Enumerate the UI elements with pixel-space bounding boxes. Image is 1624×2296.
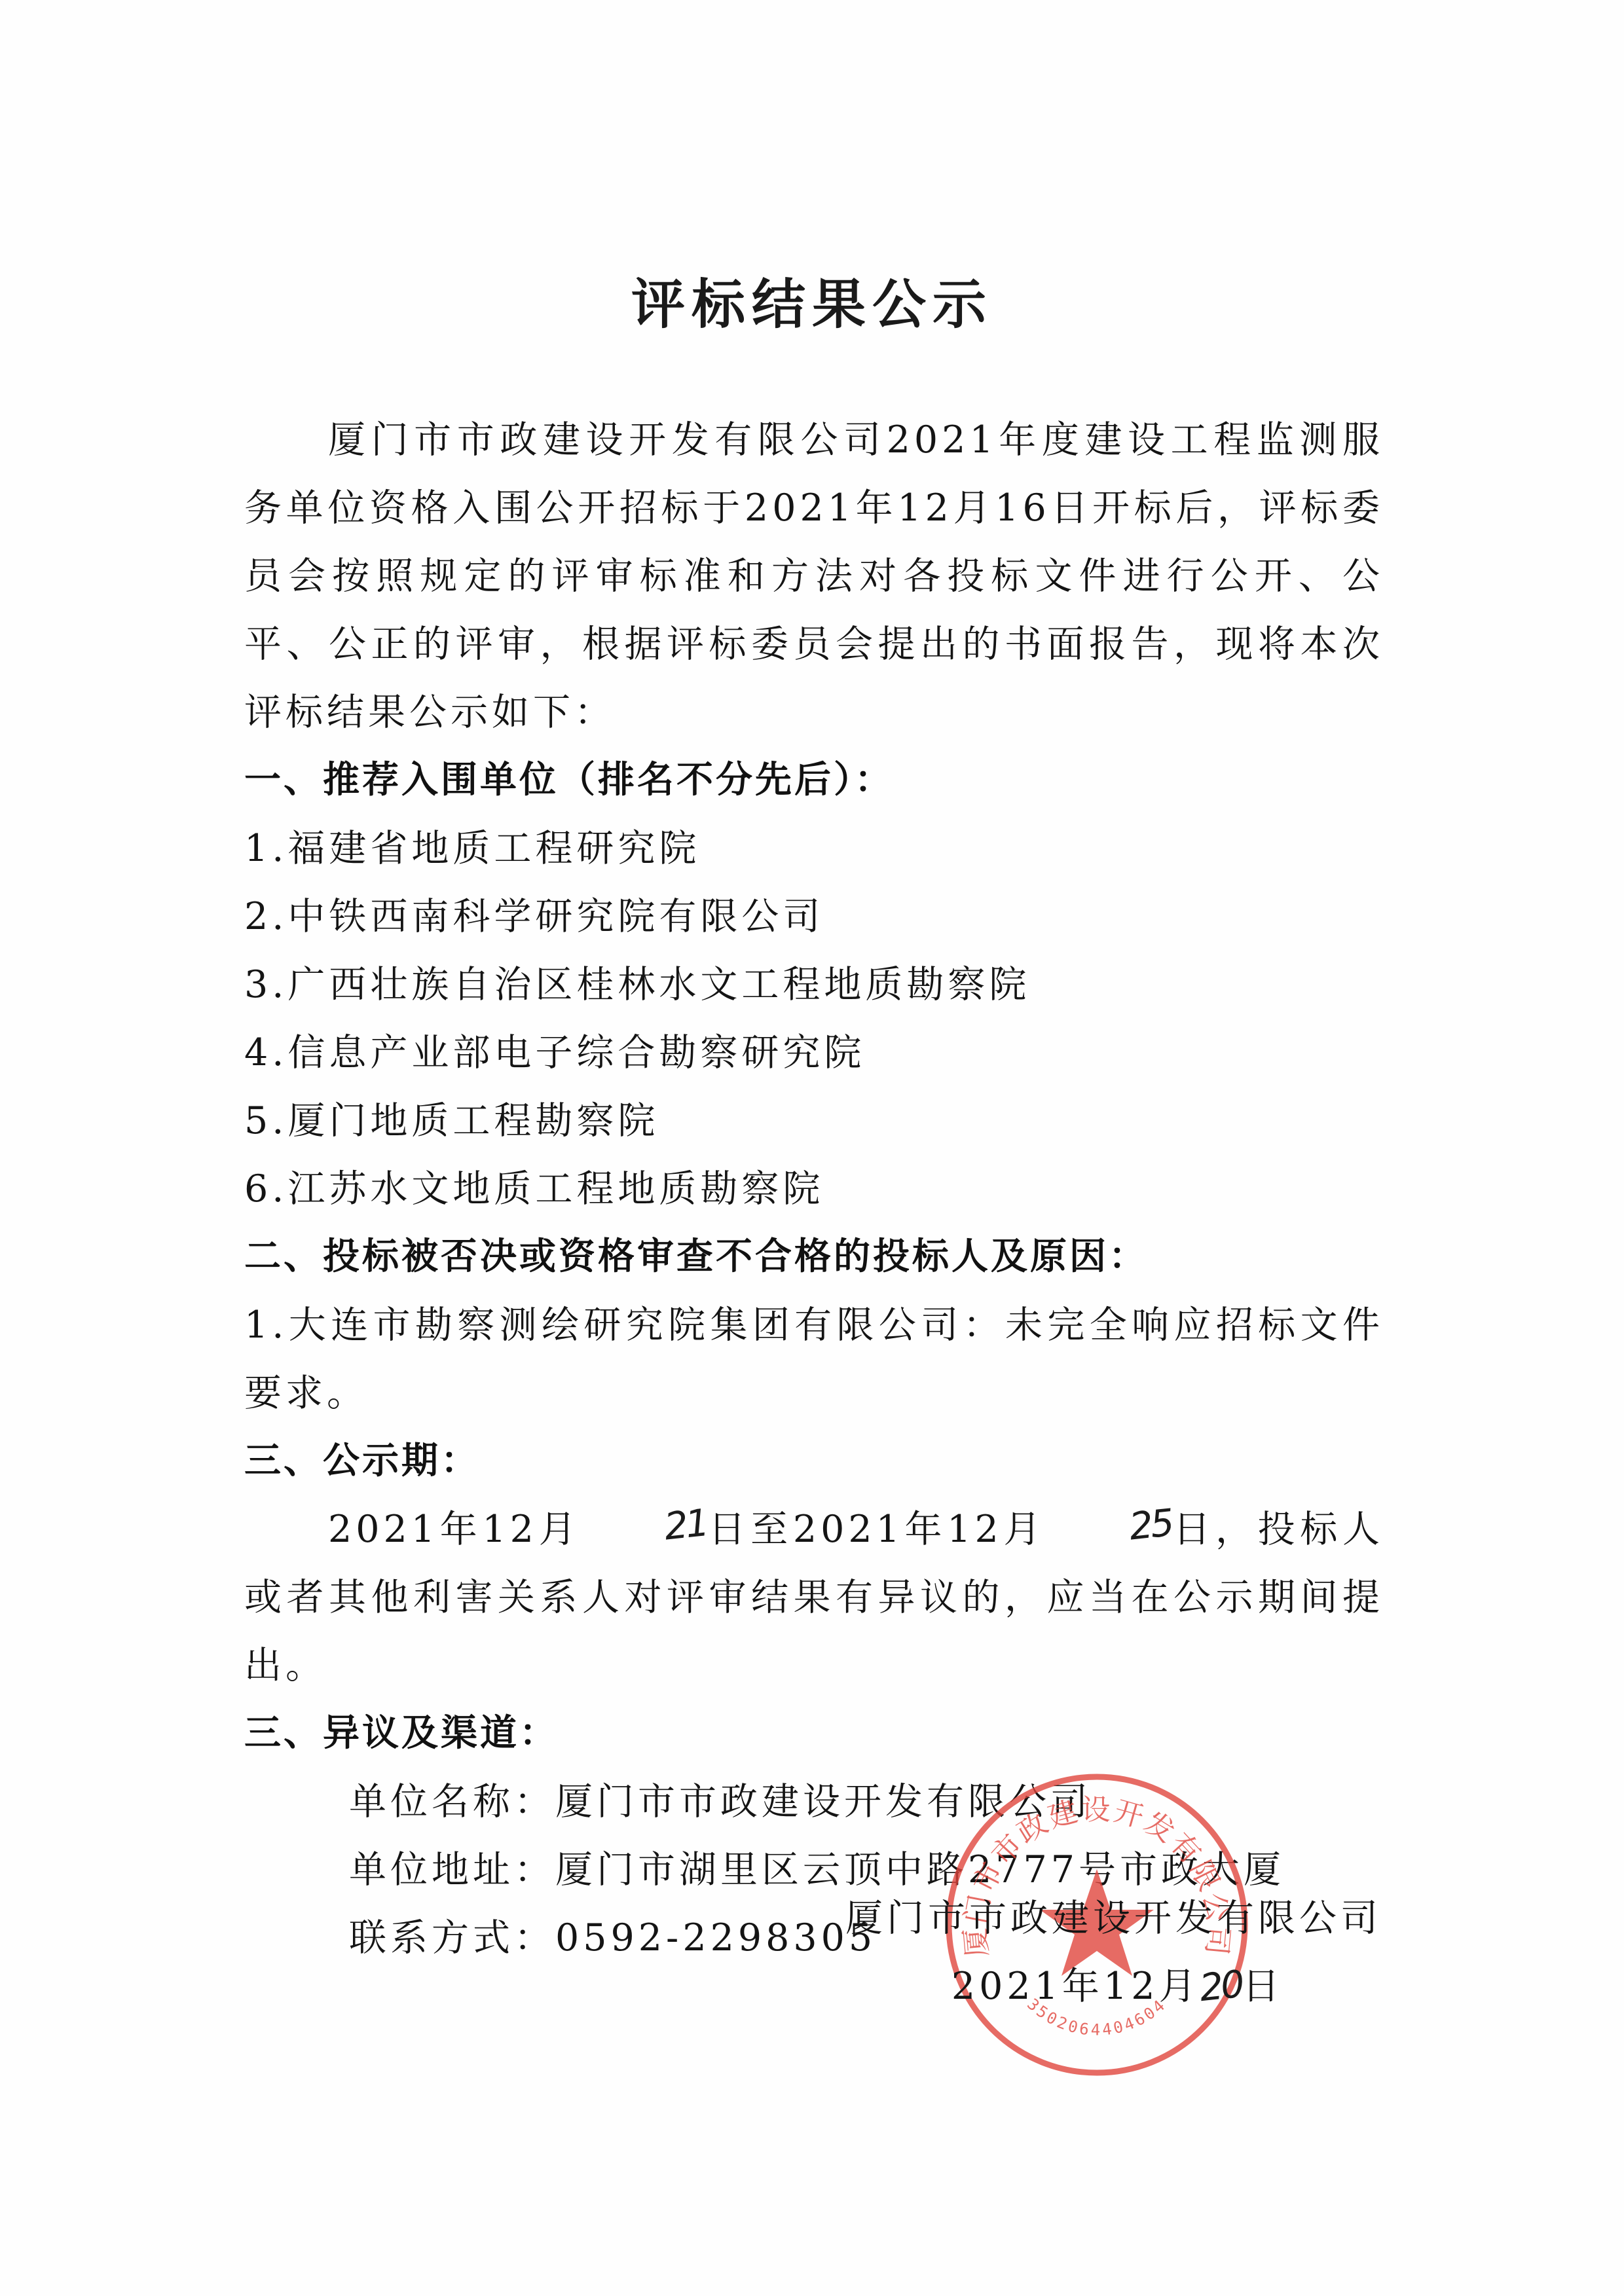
list-item: 1.福建省地质工程研究院 xyxy=(244,814,1384,883)
list-item: 1.大连市勘察测绘研究院集团有限公司：未完全响应招标文件要求。 xyxy=(244,1291,1384,1427)
document-page: 评标结果公示 厦门市市政建设开发有限公司2021年度建设工程监测服务单位资格入围… xyxy=(0,0,1624,2296)
handwritten-start-day: 21 xyxy=(578,1489,710,1570)
list-item: 2.中铁西南科学研究院有限公司 xyxy=(244,883,1384,951)
intro-paragraph: 厦门市市政建设开发有限公司2021年度建设工程监测服务单位资格入围公开招标于20… xyxy=(244,406,1384,746)
section-heading-objection-channels: 三、异议及渠道： xyxy=(244,1700,1384,1768)
contact-label: 单位名称： xyxy=(349,1780,555,1823)
list-item: 5.厦门地质工程勘察院 xyxy=(244,1087,1384,1155)
list-item: 3.广西壮族自治区桂林水文工程地质勘察院 xyxy=(244,951,1384,1019)
document-body: 厦门市市政建设开发有限公司2021年度建设工程监测服务单位资格入围公开招标于20… xyxy=(244,406,1384,1972)
signature-block: 厦门市市政建设开发有限公司 2021年12月20日 xyxy=(845,1884,1382,2020)
contact-value: 0592-2298305 xyxy=(555,1916,876,1959)
handwritten-signature-day: 20 xyxy=(1196,1950,1246,2022)
section-heading-publicity-period: 三、公示期： xyxy=(244,1427,1384,1495)
recommended-units-list: 1.福建省地质工程研究院 2.中铁西南科学研究院有限公司 3.广西壮族自治区桂林… xyxy=(244,814,1384,1223)
section-heading-rejected-bidders: 二、投标被否决或资格审查不合格的投标人及原因： xyxy=(244,1223,1384,1291)
document-title: 评标结果公示 xyxy=(0,262,1624,338)
handwritten-end-day: 25 xyxy=(1043,1489,1175,1570)
contact-label: 单位地址： xyxy=(349,1848,555,1891)
signature-date: 2021年12月20日 xyxy=(845,1952,1382,2020)
period-middle: 日至2021年12月 xyxy=(707,1508,1046,1551)
date-prefix: 2021年12月 xyxy=(951,1965,1200,2008)
section-heading-recommended-units: 一、推荐入围单位（排名不分先后）： xyxy=(244,746,1384,814)
date-suffix: 日 xyxy=(1242,1965,1283,2008)
list-item: 4.信息产业部电子综合勘察研究院 xyxy=(244,1019,1384,1087)
contact-label: 联系方式： xyxy=(349,1916,555,1959)
signature-organization: 厦门市市政建设开发有限公司 xyxy=(845,1884,1382,1952)
publicity-period-paragraph: 2021年12月21日至2021年12月25日，投标人或者其他利害关系人对评审结… xyxy=(244,1495,1384,1700)
list-item: 6.江苏水文地质工程地质勘察院 xyxy=(244,1155,1384,1223)
period-prefix: 2021年12月 xyxy=(328,1508,581,1551)
rejected-bidders-list: 1.大连市勘察测绘研究院集团有限公司：未完全响应招标文件要求。 xyxy=(244,1291,1384,1427)
